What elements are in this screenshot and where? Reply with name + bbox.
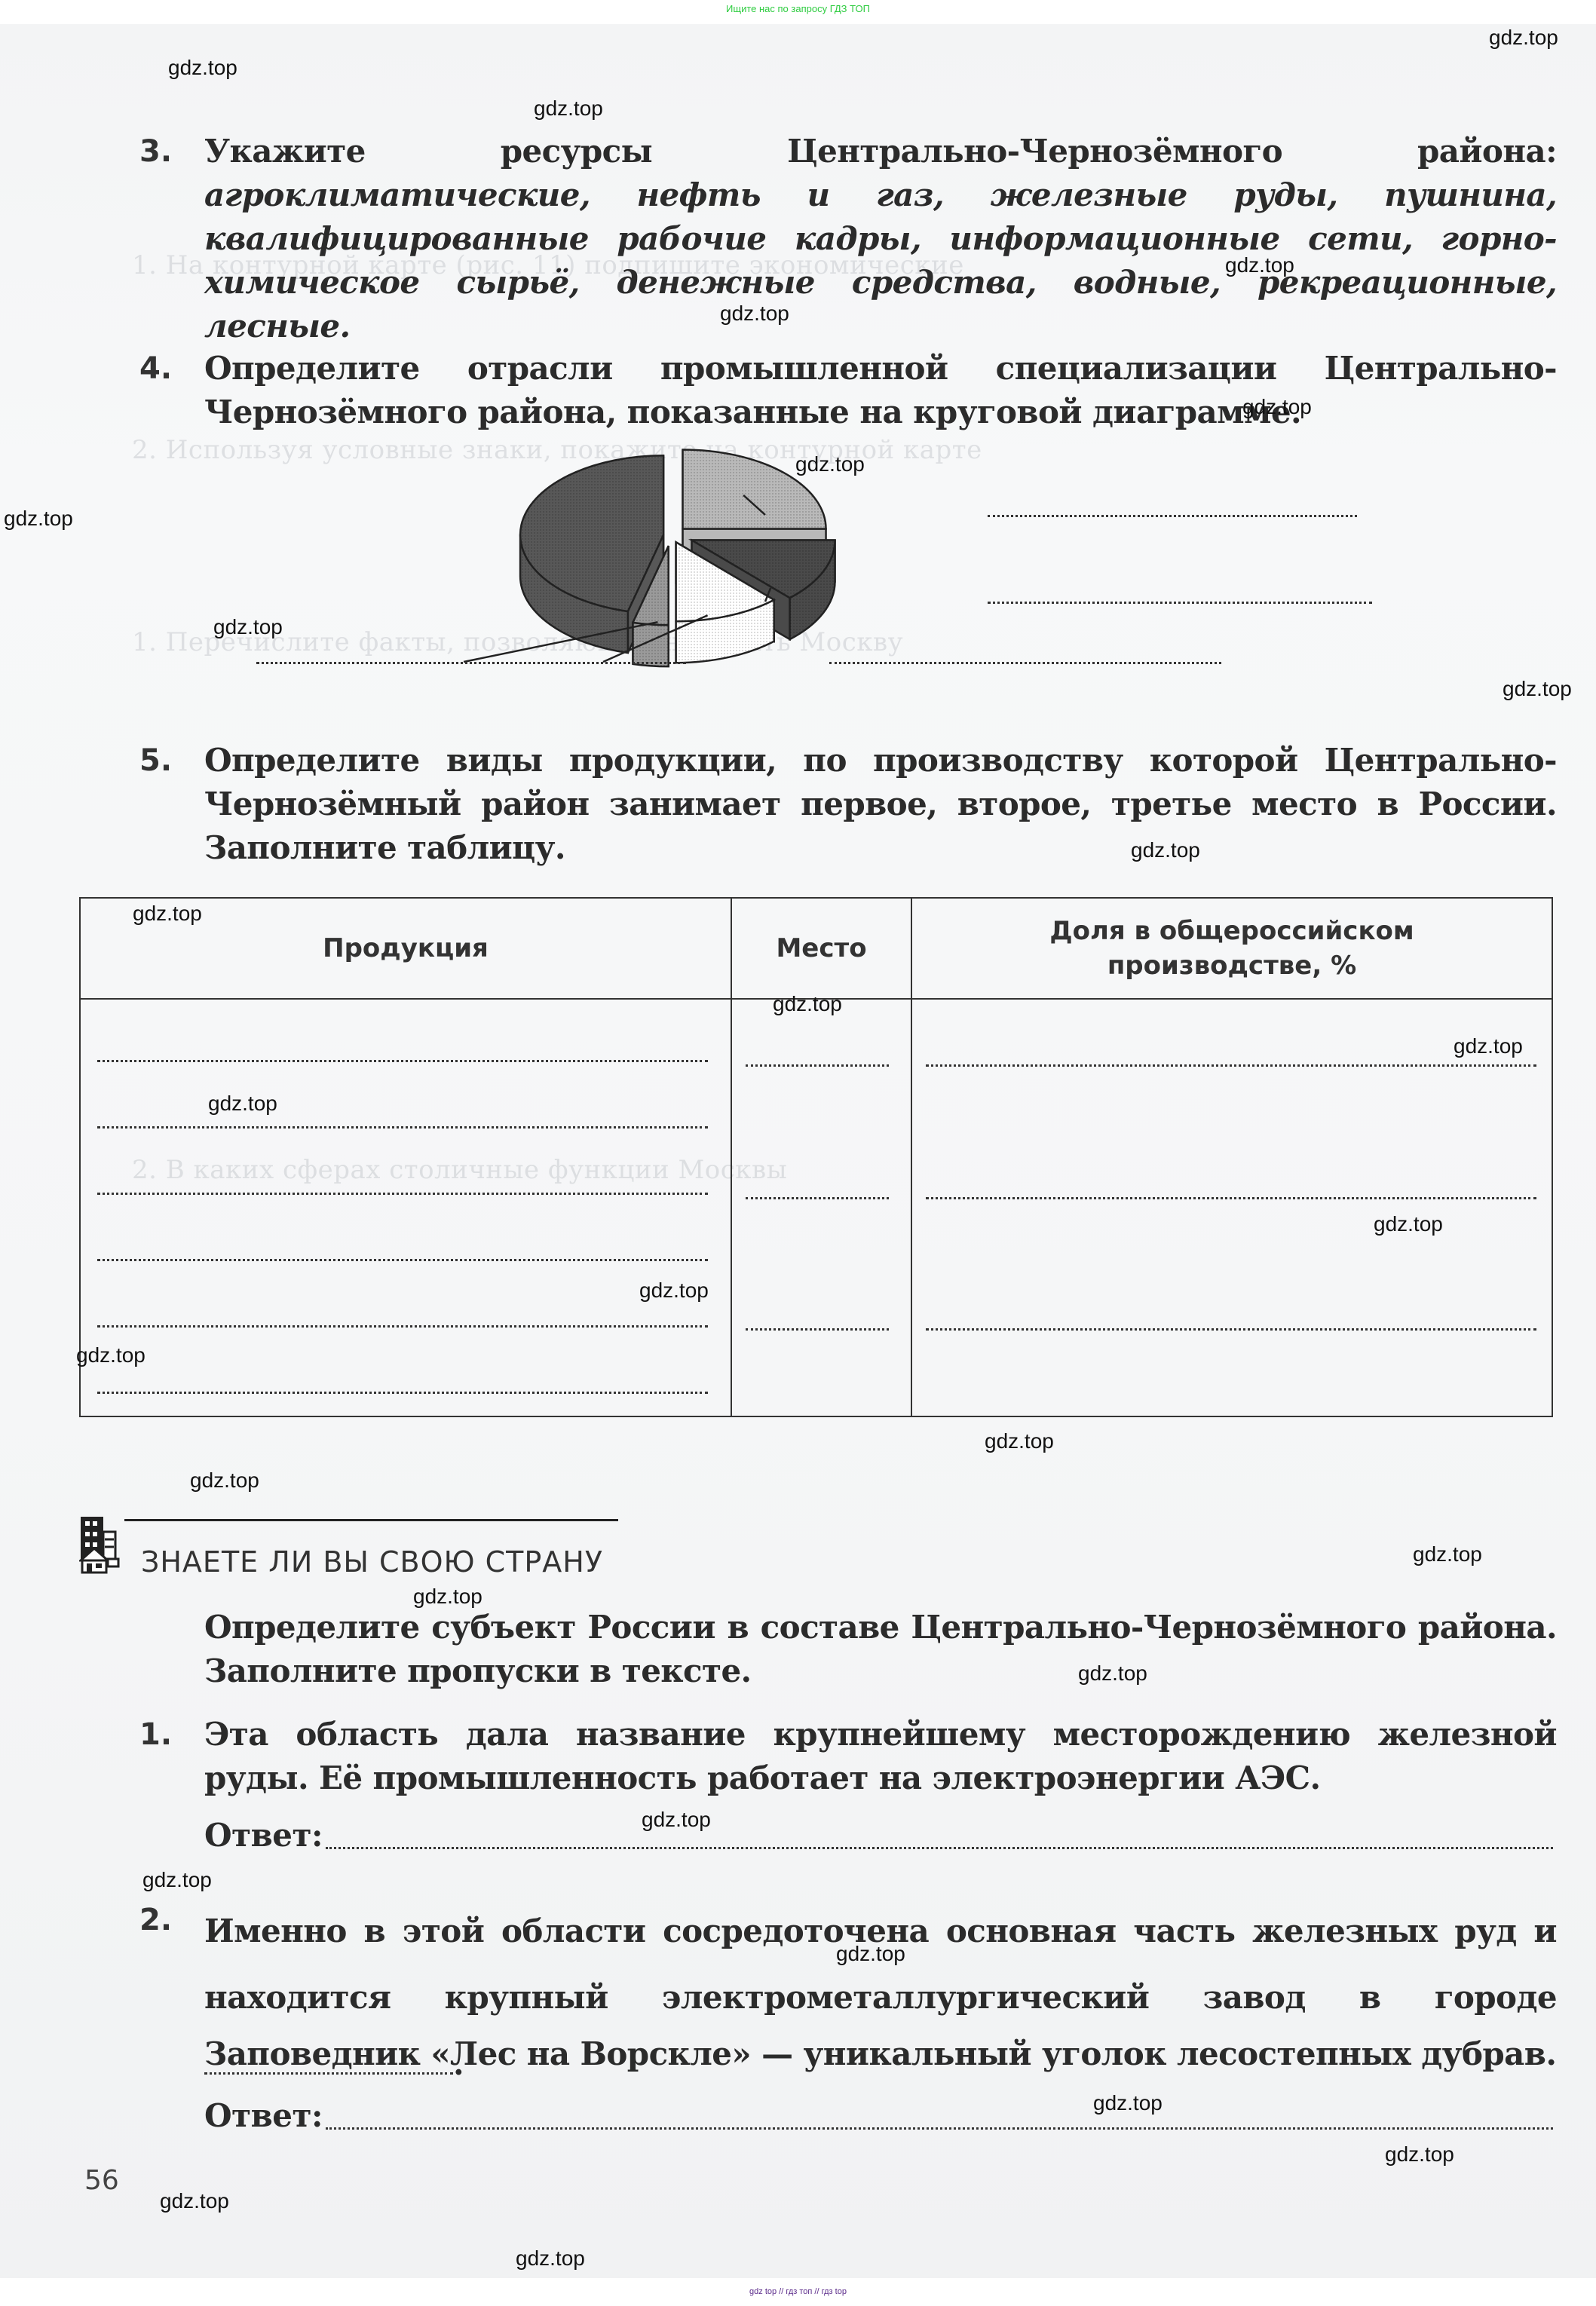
answer-label: Ответ: — [204, 1817, 323, 1854]
answer-blank[interactable] — [926, 1328, 1536, 1331]
watermark: gdz.top — [1131, 838, 1200, 862]
watermark: gdz.top — [1093, 2091, 1163, 2115]
watermark: gdz.top — [190, 1468, 259, 1493]
watermark: gdz.top — [642, 1808, 711, 1832]
watermark: gdz.top — [1385, 2142, 1454, 2167]
watermark: gdz.top — [1503, 677, 1572, 701]
answer-blank-slice-1[interactable] — [988, 515, 1357, 517]
watermark: gdz.top — [516, 2246, 585, 2271]
section-rule — [124, 1519, 618, 1521]
task-text: Укажите ресурсы Центрально-Чернозёмного … — [204, 133, 1557, 170]
watermark: gdz.top — [1242, 395, 1312, 419]
watermark: gdz.top — [985, 1429, 1054, 1453]
product-cell[interactable] — [80, 999, 731, 1416]
know-your-country-header: ЗНАЕТЕ ЛИ ВЫ СВОЮ СТРАНУ — [79, 1515, 622, 1583]
watermark: gdz.top — [836, 1942, 905, 1966]
watermark: gdz.top — [168, 56, 237, 80]
answer-blank-slice-2[interactable] — [988, 602, 1372, 604]
task-4: 4. Определите отрасли промышленной специ… — [139, 347, 1557, 434]
answer-1: Ответ: — [204, 1817, 323, 1854]
watermark: gdz.top — [76, 1343, 146, 1367]
know-country-intro: Определите субъект России в составе Цент… — [139, 1606, 1557, 1693]
answer-blank[interactable] — [746, 1197, 889, 1199]
watermark: gdz.top — [1374, 1212, 1443, 1236]
watermark: gdz.top — [133, 902, 202, 926]
watermark: gdz.top — [1454, 1034, 1523, 1058]
column-header-place: Место — [731, 898, 911, 999]
answer-blank[interactable] — [97, 1259, 708, 1261]
question-number: 1. — [139, 1713, 172, 1756]
pie-chart — [226, 445, 1319, 694]
answer-blank[interactable] — [97, 1325, 708, 1328]
production-table: Продукция Место Доля в общероссийском пр… — [79, 897, 1553, 1417]
question-1: 1. Эта область дала название крупнейшему… — [139, 1713, 1557, 1800]
task-text: Определите виды продукции, по производст… — [204, 739, 1557, 870]
answer-blank-slice-4[interactable] — [256, 662, 686, 664]
watermark: gdz.top — [142, 1868, 212, 1892]
pie-chart-graphic — [226, 445, 1319, 694]
answer-blank[interactable] — [97, 1193, 708, 1195]
watermark: gdz.top — [534, 96, 603, 121]
buildings-icon — [79, 1515, 126, 1574]
watermark: gdz.top — [4, 507, 73, 531]
watermark: gdz.top — [1225, 253, 1294, 277]
task-number: 4. — [139, 347, 172, 390]
answer-blank[interactable] — [926, 1197, 1536, 1199]
share-cell[interactable] — [911, 999, 1552, 1416]
question-number: 2. — [139, 1898, 172, 1942]
answer-blank-slice-3[interactable] — [829, 662, 1221, 664]
watermark: gdz.top — [213, 615, 283, 639]
task-5: 5. Определите виды продукции, по произво… — [139, 739, 1557, 870]
answer-blank[interactable] — [97, 1060, 708, 1062]
answer-2: Ответ: — [204, 2097, 323, 2134]
section-title: ЗНАЕТЕ ЛИ ВЫ СВОЮ СТРАНУ — [141, 1545, 603, 1579]
answer-blank[interactable] — [97, 1392, 708, 1394]
question-text: Эта область дала название крупнейшему ме… — [204, 1713, 1557, 1800]
place-cell[interactable] — [731, 999, 911, 1416]
task-text: Определите отрасли промышленной специали… — [204, 347, 1557, 434]
watermark: gdz.top — [720, 302, 789, 326]
answer-blank[interactable] — [926, 1064, 1536, 1067]
watermark: gdz.top — [1078, 1661, 1147, 1686]
watermark: gdz.top — [160, 2189, 229, 2213]
column-header-share: Доля в общероссийском производстве, % — [911, 898, 1552, 999]
page-number: 56 — [84, 2165, 119, 2196]
watermark: gdz.top — [1489, 26, 1558, 50]
intro-text: Определите субъект России в составе Цент… — [204, 1606, 1557, 1693]
watermark: gdz.top — [773, 992, 842, 1016]
task-number: 5. — [139, 739, 172, 782]
watermark: gdz.top — [639, 1279, 709, 1303]
watermark: gdz.top — [1413, 1542, 1482, 1566]
question-2-note: Заповедник «Лес на Ворскле» — уникальный… — [139, 2032, 1557, 2076]
answer-blank[interactable] — [746, 1328, 889, 1331]
task-options: агроклиматические, нефть и газ, железные… — [204, 176, 1557, 345]
watermark: gdz.top — [208, 1092, 277, 1116]
task-3: 3. Укажите ресурсы Центрально-Чернозёмно… — [139, 130, 1557, 348]
question-note: Заповедник «Лес на Ворскле» — уникальный… — [204, 2032, 1557, 2076]
promo-link[interactable]: Ищите нас по запросу ГДЗ ТОП — [0, 3, 1596, 14]
answer-blank[interactable] — [97, 1126, 708, 1129]
answer-1-input[interactable] — [326, 1847, 1553, 1849]
task-number: 3. — [139, 130, 172, 173]
table-row — [80, 999, 1552, 1416]
answer-blank[interactable] — [746, 1064, 889, 1067]
answer-label: Ответ: — [204, 2097, 323, 2134]
answer-2-input[interactable] — [326, 2127, 1553, 2130]
watermark: gdz.top — [795, 452, 865, 476]
footer-links[interactable]: gdz top // гдз топ // гдз top — [0, 2287, 1596, 2296]
watermark: gdz.top — [413, 1585, 482, 1609]
